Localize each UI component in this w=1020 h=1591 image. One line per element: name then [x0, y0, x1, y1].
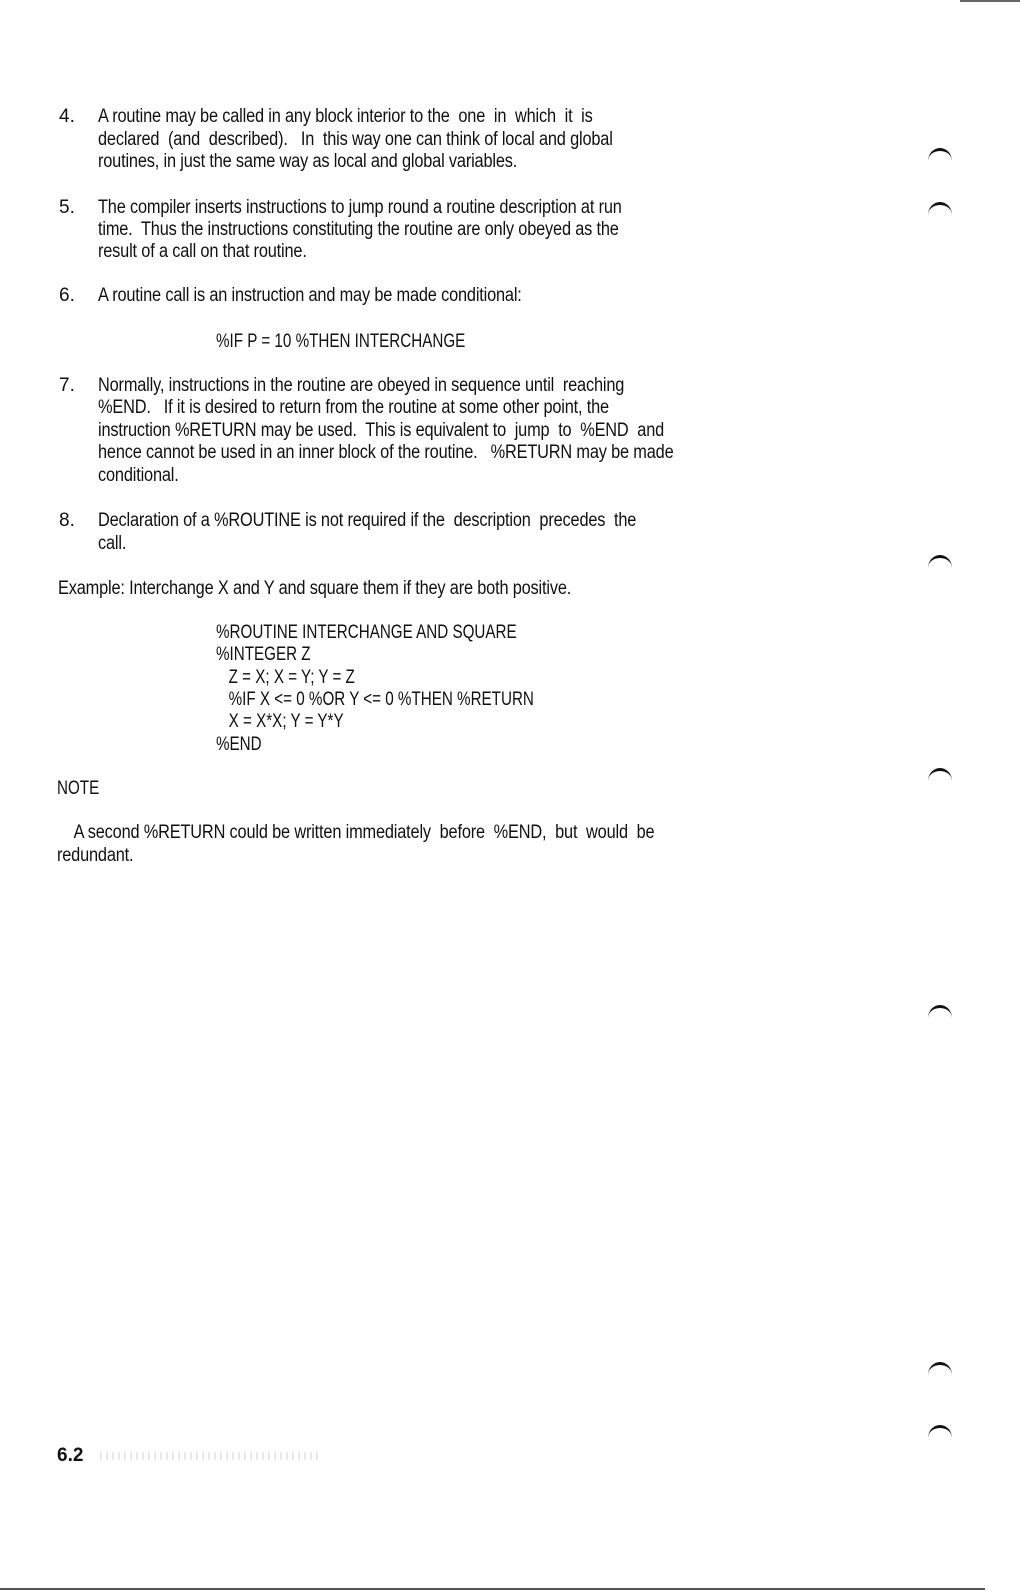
item-7-line-2: %END. If it is desired to return from th…	[98, 397, 609, 420]
document-page: 4. A routine may be called in any block …	[0, 0, 1020, 1591]
example-code-line-4: %IF X <= 0 %OR Y <= 0 %THEN %RETURN	[216, 689, 534, 711]
item-number-4: 4.	[59, 106, 75, 129]
item-number-5: 5.	[59, 197, 75, 220]
binder-hole-mark	[928, 555, 952, 568]
scan-smudge	[100, 1452, 320, 1460]
example-code-line-6: %END	[216, 734, 262, 756]
top-rule	[960, 0, 1020, 2]
item-number-7: 7.	[59, 375, 75, 398]
item-7-line-3: instruction %RETURN may be used. This is…	[98, 420, 664, 443]
item-number-8: 8.	[59, 510, 75, 533]
item-8-line-1: Declaration of a %ROUTINE is not require…	[98, 510, 636, 533]
item-4-line-1: A routine may be called in any block int…	[98, 106, 593, 129]
item-4-line-3: routines, in just the same way as local …	[98, 151, 517, 174]
item-4-line-2: declared (and described). In this way on…	[98, 129, 613, 152]
item-number-6: 6.	[59, 285, 75, 308]
binder-hole-mark	[928, 148, 952, 161]
bottom-rule	[0, 1588, 985, 1590]
example-code-line-2: %INTEGER Z	[216, 644, 311, 666]
example-code-line-3: Z = X; X = Y; Y = Z	[216, 667, 355, 689]
binder-hole-mark	[928, 768, 952, 781]
item-7-line-1: Normally, instructions in the routine ar…	[98, 375, 624, 398]
example-code-line-5: X = X*X; Y = Y*Y	[216, 711, 344, 733]
page-number: 6.2	[57, 1445, 83, 1467]
binder-hole-mark	[928, 1005, 952, 1018]
note-line-1: A second %RETURN could be written immedi…	[57, 822, 654, 845]
note-line-2: redundant.	[57, 845, 133, 868]
item-6-code: %IF P = 10 %THEN INTERCHANGE	[216, 331, 465, 353]
item-8-line-2: call.	[98, 533, 126, 556]
binder-hole-mark	[928, 1425, 952, 1438]
item-5-line-3: result of a call on that routine.	[98, 241, 307, 264]
binder-hole-mark	[928, 1362, 952, 1375]
item-7-line-5: conditional.	[98, 465, 179, 488]
note-heading: NOTE	[57, 778, 99, 800]
item-7-line-4: hence cannot be used in an inner block o…	[98, 442, 674, 465]
item-6-line-1: A routine call is an instruction and may…	[98, 285, 522, 308]
binder-hole-mark	[928, 202, 952, 215]
example-heading: Example: Interchange X and Y and square …	[58, 578, 571, 601]
example-code-line-1: %ROUTINE INTERCHANGE AND SQUARE	[216, 622, 517, 644]
item-5-line-2: time. Thus the instructions constituting…	[98, 219, 619, 242]
item-5-line-1: The compiler inserts instructions to jum…	[98, 197, 622, 220]
